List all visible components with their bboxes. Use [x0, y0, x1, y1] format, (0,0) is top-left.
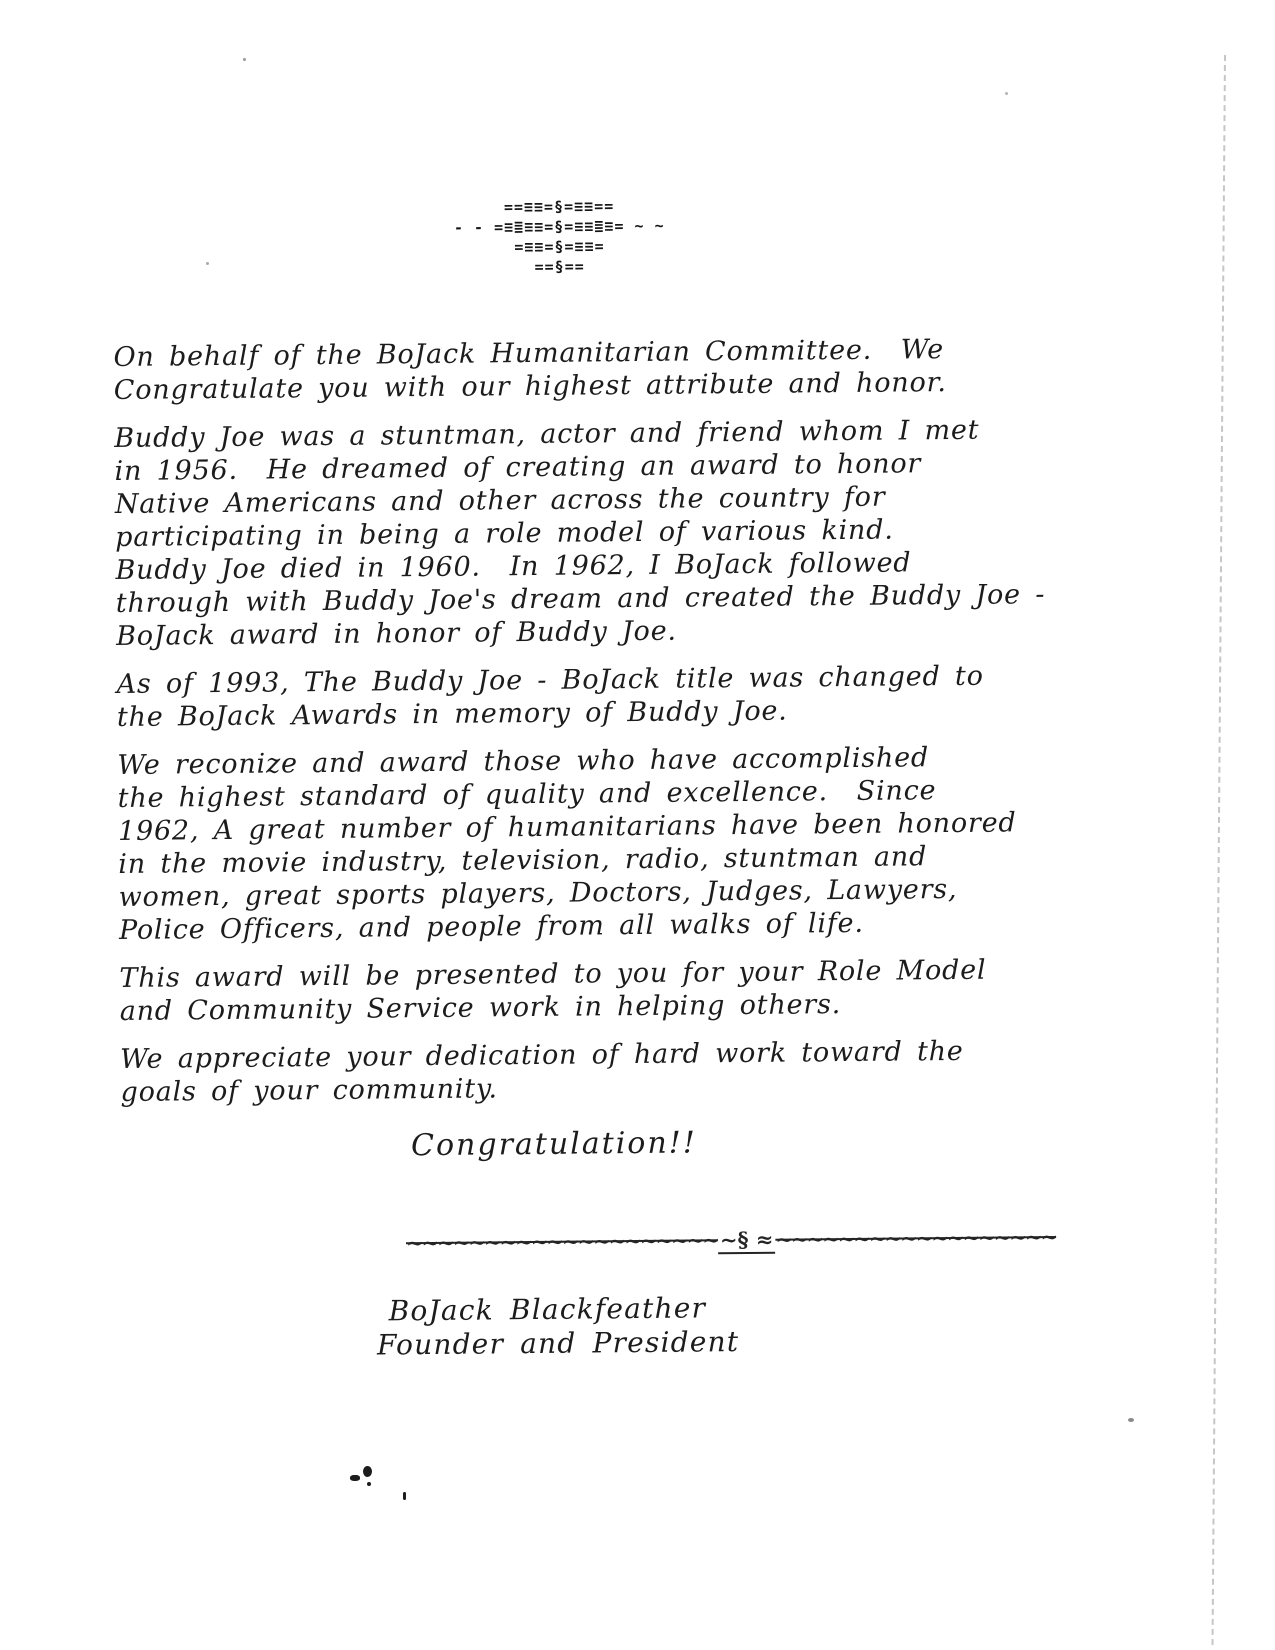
divider-left-segment: ~~~~~~~~~~~~~~~~~~~~ [406, 1227, 718, 1255]
ink-speck [206, 262, 209, 265]
ink-speck [403, 1492, 406, 1500]
ink-speck [243, 58, 246, 61]
ink-speck [363, 1466, 372, 1477]
paragraph-title-change: As of 1993, The Buddy Joe - BoJack title… [116, 659, 1077, 734]
paragraph-intro: On behalf of the BoJack Humanitarian Com… [113, 332, 1074, 407]
paragraph-appreciation: We appreciate your dedication of hard wo… [120, 1034, 1081, 1109]
ink-speck [1005, 92, 1008, 95]
ink-speck [350, 1475, 360, 1481]
decorative-divider: ~~~~~~~~~~~~~~~~~~~~~§ ≈~~~~~~~~~~~~~~~~… [406, 1224, 1056, 1255]
signature-title: Founder and President [377, 1325, 740, 1362]
scanned-letter-page: ==≡≡=§=≡≡== - - =≡≣≡≡=§=≡≡≣≡= ~ ~ =≡≡=§=… [0, 0, 1275, 1650]
paragraph-recognition: We reconize and award those who have acc… [117, 740, 1079, 947]
paragraph-award-presentation: This award will be presented to you for … [119, 953, 1080, 1028]
letter-body: On behalf of the BoJack Humanitarian Com… [113, 332, 1080, 1124]
ornament-line: ==§== [385, 255, 735, 278]
typewriter-ornament: ==≡≡=§=≡≡== - - =≡≣≡≡=§=≡≡≣≡= ~ ~ =≡≡=§=… [384, 195, 735, 278]
ink-speck [1128, 1418, 1134, 1422]
paragraph-buddy-joe-history: Buddy Joe was a stuntman, actor and frie… [114, 413, 1076, 653]
ink-speck [367, 1482, 371, 1486]
divider-right-segment: ~~~~~~~~~~~~~~~~~~ [775, 1224, 1056, 1252]
signature-block: BoJack Blackfeather Founder and Presiden… [376, 1291, 739, 1362]
signature-name: BoJack Blackfeather [388, 1291, 739, 1328]
divider-section-mark: ~§ ≈ [718, 1227, 776, 1255]
letter-content: ==≡≡=§=≡≡== - - =≡≣≡≡=§=≡≡≣≡= ~ ~ =≡≡=§=… [0, 0, 1275, 1650]
closing-congratulation: Congratulation!! [411, 1125, 697, 1163]
